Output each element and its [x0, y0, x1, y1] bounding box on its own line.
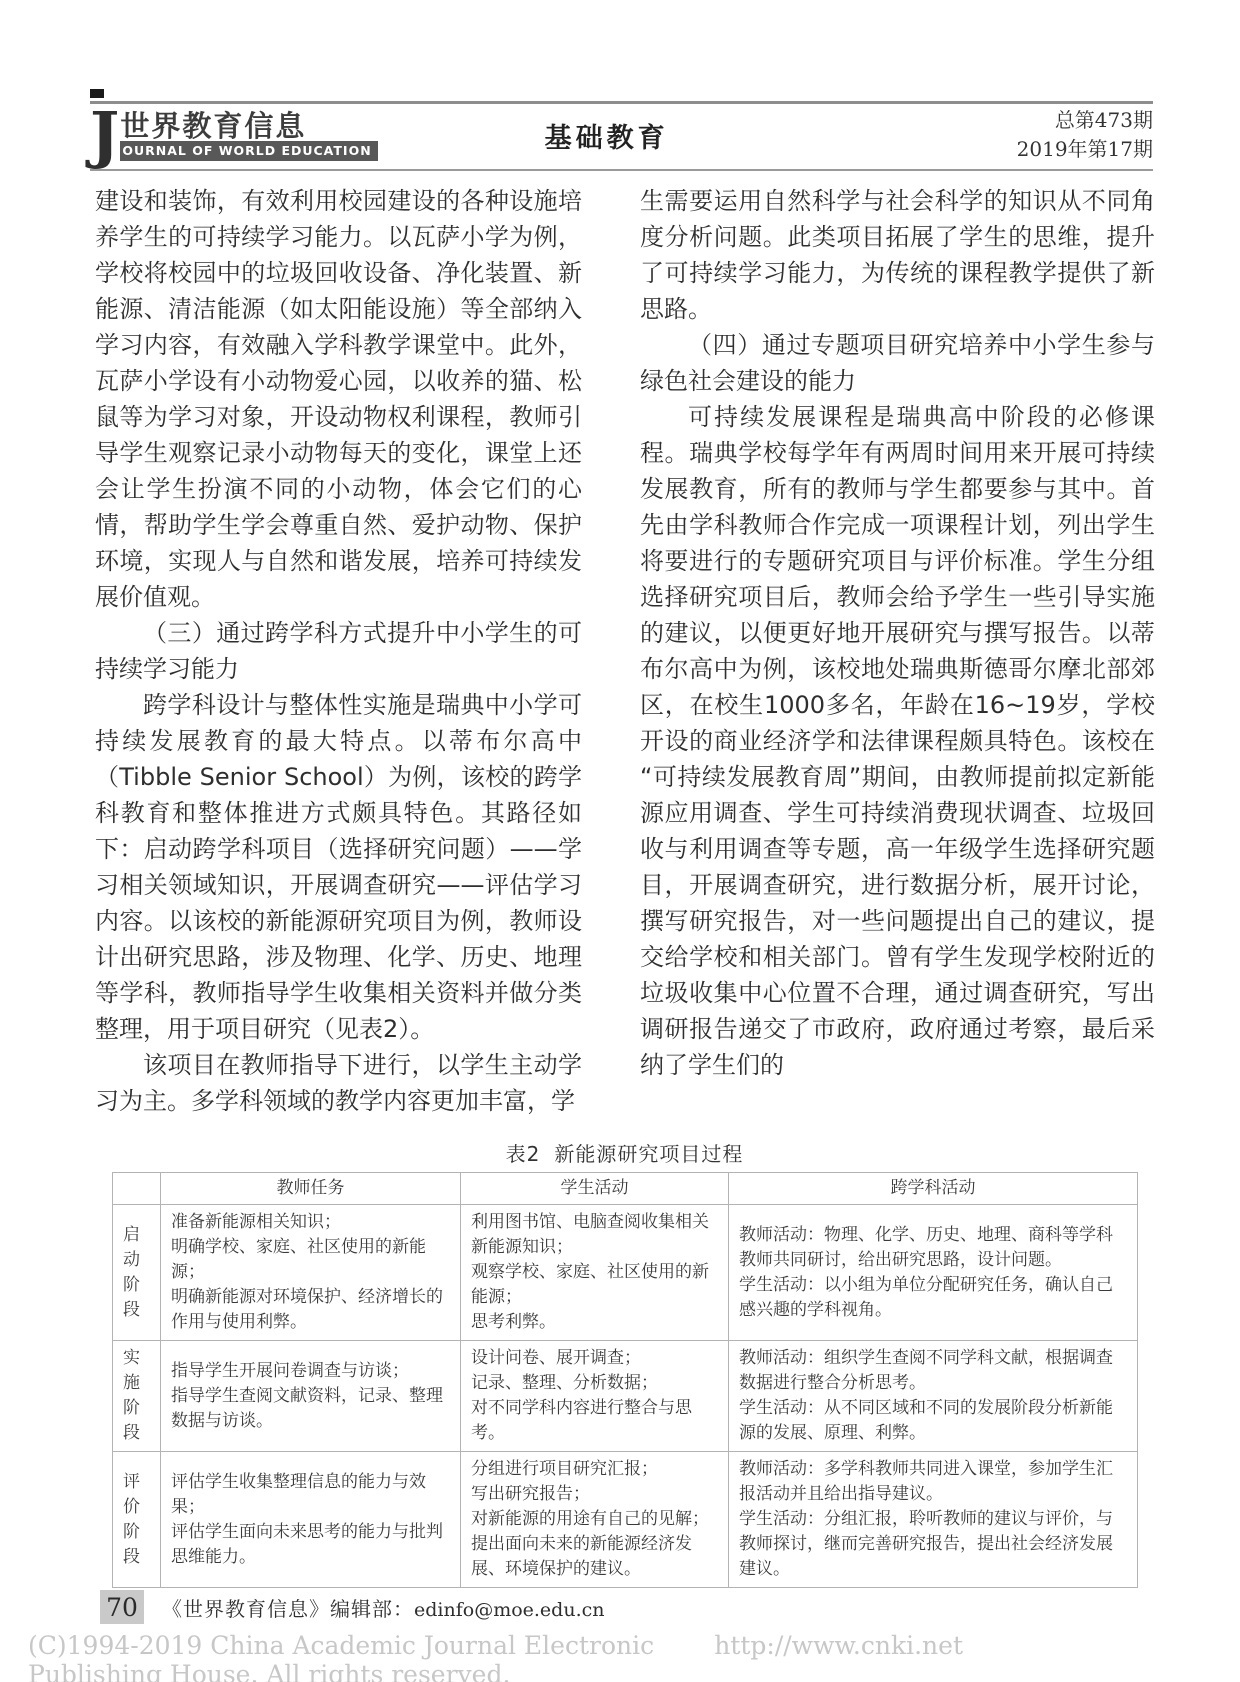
- cross-activity-cell: 教师活动：多学科教师共同进入课堂，参加学生汇报活动并且给出指导建议。 学生活动：…: [729, 1452, 1138, 1588]
- section-title: 基础教育: [545, 116, 669, 155]
- paragraph: 跨学科设计与整体性实施是瑞典中小学可持续发展教育的最大特点。以蒂布尔高中（Tib…: [95, 687, 582, 1047]
- logo-text-block: 世界教育信息 OURNAL OF WORLD EDUCATION: [120, 111, 377, 161]
- journal-name-en: OURNAL OF WORLD EDUCATION: [120, 141, 377, 161]
- student-activity-cell: 利用图书馆、电脑查阅收集相关新能源知识； 观察学校、家庭、社区使用的新能源； 思…: [461, 1205, 729, 1341]
- scan-artifact: [90, 89, 104, 98]
- table-caption-text: 新能源研究项目过程: [554, 1142, 743, 1166]
- copyright-line: (C)1994-2019 China Academic Journal Elec…: [28, 1631, 1213, 1682]
- header-cell-stage: [113, 1173, 161, 1205]
- table-row: 评价阶段 评估学生收集整理信息的能力与效果； 评估学生面向未来思考的能力与批判思…: [113, 1452, 1138, 1588]
- student-activity-cell: 分组进行项目研究汇报； 写出研究报告； 对新能源的用途有自己的见解； 提出面向未…: [461, 1452, 729, 1588]
- paragraph: 可持续发展课程是瑞典高中阶段的必修课程。瑞典学校每学年有两周时间用来开展可持续发…: [640, 399, 1155, 1083]
- header-cell-cross: 跨学科活动: [729, 1173, 1138, 1205]
- header-cell-student: 学生活动: [461, 1173, 729, 1205]
- subheading-4: （四）通过专题项目研究培养中小学生参与绿色社会建设的能力: [640, 327, 1155, 399]
- paragraph: 该项目在教师指导下进行，以学生主动学习为主。多学科领域的教学内容更加丰富，学: [95, 1047, 582, 1119]
- paragraph: 建设和装饰，有效利用校园建设的各种设施培养学生的可持续学习能力。以瓦萨小学为例，…: [95, 183, 582, 615]
- paragraph: 生需要运用自然科学与社会科学的知识从不同角度分析问题。此类项目拓展了学生的思维，…: [640, 183, 1155, 327]
- page-header: J 世界教育信息 OURNAL OF WORLD EDUCATION 基础教育 …: [90, 104, 1153, 166]
- editorial-email: edinfo@moe.edu.cn: [414, 1599, 605, 1621]
- stage-cell: 启动阶段: [113, 1205, 161, 1341]
- body-column-left: 建设和装饰，有效利用校园建设的各种设施培养学生的可持续学习能力。以瓦萨小学为例，…: [95, 183, 582, 1119]
- teacher-task-cell: 指导学生开展问卷调查与访谈； 指导学生查阅文献资料，记录、整理数据与访谈。: [161, 1341, 461, 1452]
- table-row: 实施阶段 指导学生开展问卷调查与访谈； 指导学生查阅文献资料，记录、整理数据与访…: [113, 1341, 1138, 1452]
- stage-cell: 评价阶段: [113, 1452, 161, 1588]
- journal-name-cn: 世界教育信息: [120, 111, 377, 141]
- student-activity-cell: 设计问卷、展开调查； 记录、整理、分析数据； 对不同学科内容进行整合与思考。: [461, 1341, 729, 1452]
- copyright-text: (C)1994-2019 China Academic Journal Elec…: [28, 1631, 714, 1682]
- stage-cell: 实施阶段: [113, 1341, 161, 1452]
- issue-total: 总第473期: [1017, 106, 1153, 135]
- issue-info: 总第473期 2019年第17期: [1017, 106, 1153, 164]
- journal-page: { "header": { "logo_initial": "J", "jour…: [0, 0, 1240, 1682]
- issue-year: 2019年第17期: [1017, 135, 1153, 164]
- teacher-task-cell: 准备新能源相关知识； 明确学校、家庭、社区使用的新能源； 明确新能源对环境保护、…: [161, 1205, 461, 1341]
- table-caption: 表2新能源研究项目过程: [112, 1138, 1137, 1167]
- cnki-url: http://www.cnki.net: [714, 1631, 963, 1660]
- cross-activity-cell: 教师活动：组织学生查阅不同学科文献，根据调查数据进行整合分析思考。 学生活动：从…: [729, 1341, 1138, 1452]
- page-number: 70: [100, 1590, 144, 1624]
- table-header-row: 教师任务 学生活动 跨学科活动: [113, 1173, 1138, 1205]
- journal-logo: J 世界教育信息 OURNAL OF WORLD EDUCATION: [90, 109, 378, 161]
- header-cell-teacher: 教师任务: [161, 1173, 461, 1205]
- cross-activity-cell: 教师活动：物理、化学、历史、地理、商科等学科教师共同研讨，给出研究思路，设计问题…: [729, 1205, 1138, 1341]
- logo-j-glyph: J: [90, 109, 119, 161]
- subheading-3: （三）通过跨学科方式提升中小学生的可持续学习能力: [95, 615, 582, 687]
- editorial-label: 《世界教育信息》编辑部：: [162, 1597, 414, 1621]
- header-bottom-rule: [90, 169, 1153, 171]
- teacher-task-cell: 评估学生收集整理信息的能力与效果； 评估学生面向未来思考的能力与批判思维能力。: [161, 1452, 461, 1588]
- research-process-table: 教师任务 学生活动 跨学科活动 启动阶段 准备新能源相关知识； 明确学校、家庭、…: [112, 1172, 1138, 1588]
- table-row: 启动阶段 准备新能源相关知识； 明确学校、家庭、社区使用的新能源； 明确新能源对…: [113, 1205, 1138, 1341]
- editorial-contact: 《世界教育信息》编辑部：edinfo@moe.edu.cn: [162, 1593, 605, 1622]
- page-footer: 70 《世界教育信息》编辑部：edinfo@moe.edu.cn: [100, 1590, 605, 1624]
- body-column-right: 生需要运用自然科学与社会科学的知识从不同角度分析问题。此类项目拓展了学生的思维，…: [640, 183, 1155, 1083]
- table-caption-label: 表2: [506, 1142, 541, 1166]
